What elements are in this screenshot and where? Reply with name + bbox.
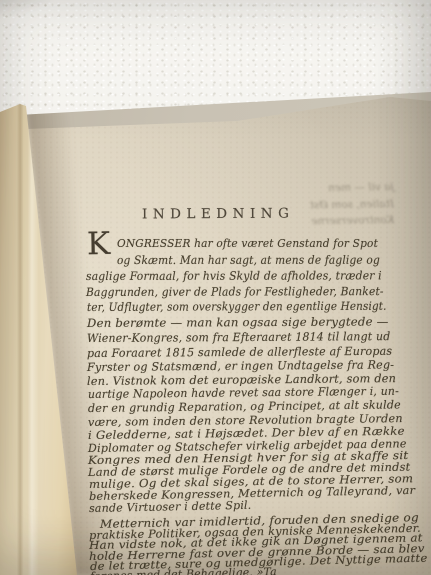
book-photo: ja vil — menItalien, som ØstKontroverser… bbox=[0, 0, 431, 575]
photo-vignette bbox=[0, 0, 431, 575]
